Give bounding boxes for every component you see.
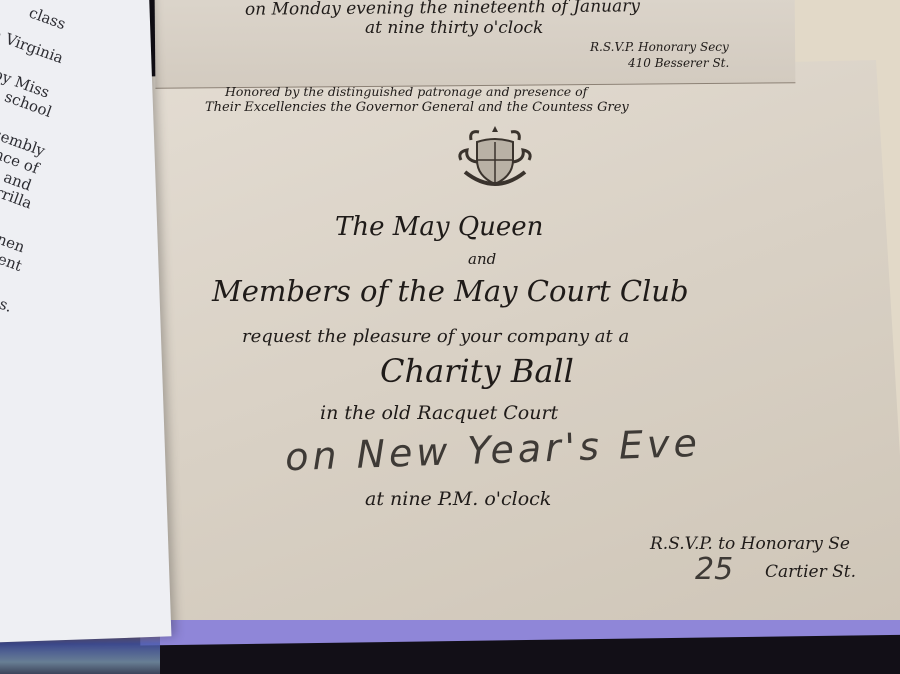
host-and: and [468,250,496,268]
top-rsvp-line-1: R.S.V.P. Honorary Secy [590,40,729,54]
left-book-page: class n Virginia by Miss a school sembly… [0,0,171,643]
event-name: Charity Ball [380,352,574,390]
left-line: s. [0,293,15,319]
left-line: class [26,2,69,36]
rsvp-line-1: R.S.V.P. to Honorary Se [650,534,850,554]
patronage-line-2: Their Excellencies the Governor General … [205,100,629,115]
top-line-1: on Monday evening the nineteenth of Janu… [245,0,640,20]
top-line-2: at nine thirty o'clock [365,18,543,38]
host-line-1: The May Queen [335,212,543,242]
rsvp-line-2: Cartier St. [765,562,856,582]
time-line: at nine P.M. o'clock [365,488,551,510]
host-line-2: Members of the May Court Club [212,274,689,308]
photo-scene: on Monday evening the nineteenth of Janu… [0,0,900,674]
coat-of-arms-icon [455,122,535,197]
request-line: request the pleasure of your company at … [242,326,629,347]
rsvp-number-handwritten: 25 [695,552,733,587]
patronage-line-1: Honored by the distinguished patronage a… [225,84,587,99]
venue-line: in the old Racquet Court [320,402,558,424]
top-rsvp-line-2: 410 Besserer St. [628,56,729,70]
